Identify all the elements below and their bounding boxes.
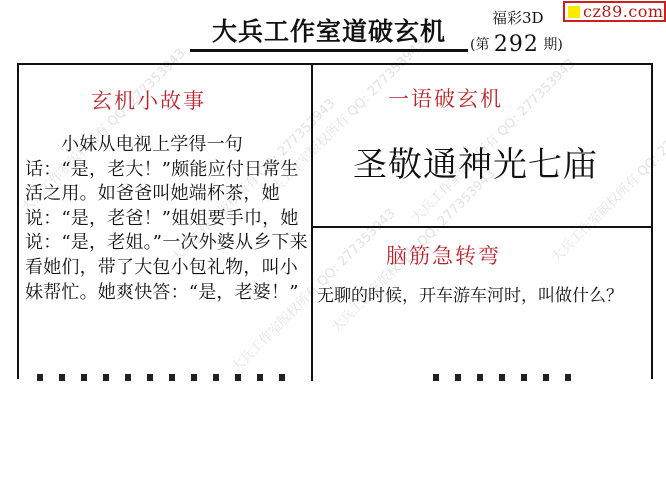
one-word-answer: 圣敬通神光七庙 [353,137,598,186]
title-underline [190,49,468,52]
story-text: 小妹从电视上学得一句话：“是，老大！”颇能应付日常生活之用。如爸爸叫她端杯茶，她… [25,133,309,305]
badge-square-icon [568,6,580,18]
content-frame: 玄机小故事 小妹从电视上学得一句话：“是，老大！”颇能应付日常生活之用。如爸爸叫… [17,63,653,379]
cutoff-text-fragment [37,374,297,381]
site-badge[interactable]: cz89.com [563,1,666,22]
page-title: 大兵工作室道破玄机 [212,12,446,48]
right-column: 一语破玄机 圣敬通神光七庙 脑筋急转弯 无聊的时候，开车游车河时，叫做什么？ [313,65,653,381]
one-word-title: 一语破玄机 [388,83,503,113]
story-title: 玄机小故事 [91,85,206,115]
brain-teaser-question: 无聊的时候，开车游车河时，叫做什么？ [317,283,647,310]
cutoff-text-fragment [433,374,573,381]
site-badge-text: cz89.com [583,2,664,21]
issue-label: (第 292 期) [470,30,563,55]
issue-suffix: 期) [543,37,562,53]
issue-prefix: (第 [470,37,489,53]
brain-teaser-title: 脑筋急转弯 [386,240,501,270]
issue-number: 292 [494,32,539,57]
page: 大兵工作室版权所有 QQ: 277353943 大兵工作室版权所有 QQ: 27… [0,0,666,478]
lottery-type: 福彩3D [492,7,544,28]
